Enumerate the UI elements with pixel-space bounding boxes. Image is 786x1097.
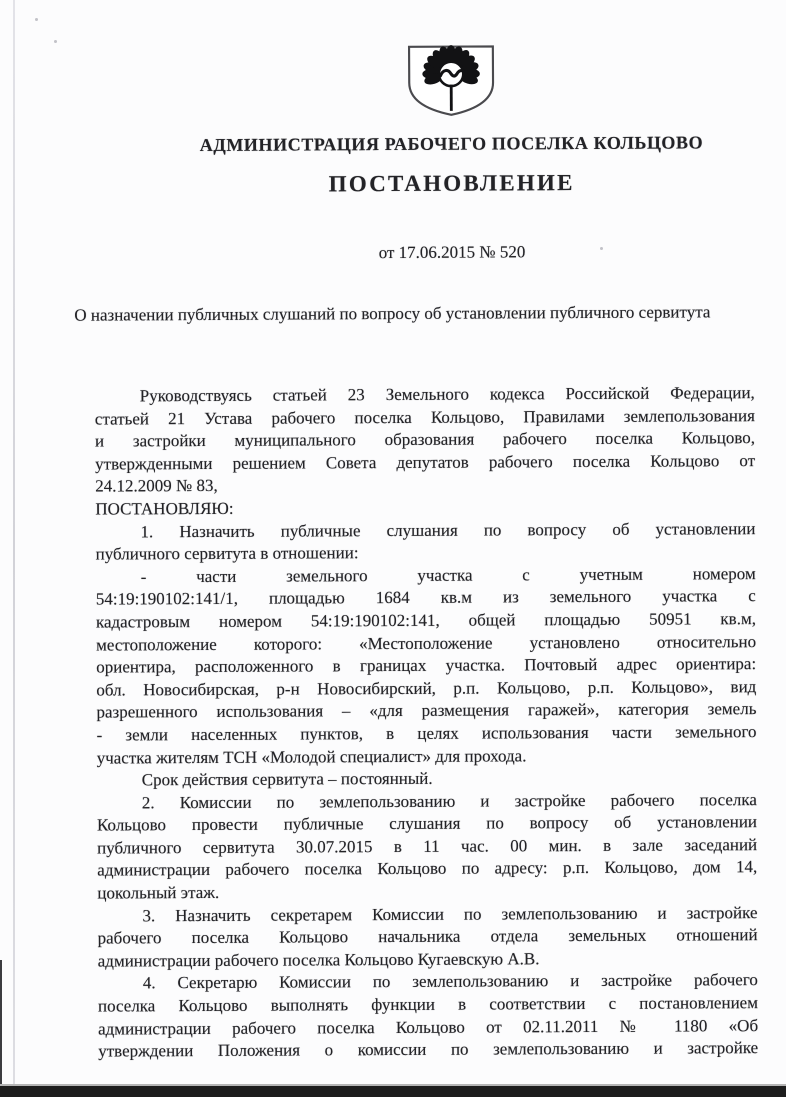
doc-line: утверждении Положения о комиссии по земл… bbox=[98, 1037, 758, 1063]
doc-line: утвержденными решением Совета депутатов … bbox=[95, 450, 755, 476]
doc-line: рабочего поселка Кольцово начальника отд… bbox=[98, 924, 758, 950]
scan-speck bbox=[35, 18, 38, 21]
scan-dark-edge bbox=[0, 960, 2, 1086]
doc-line: кадастровым номером 54:19:190102:141, об… bbox=[96, 608, 756, 634]
doc-line: поселка Кольцово выполнять функции в соо… bbox=[98, 992, 758, 1018]
scan-speck bbox=[54, 40, 57, 43]
doc-line: администрации рабочего поселка Кольцово … bbox=[97, 857, 757, 883]
scan-edge-line bbox=[13, 0, 15, 1086]
doc-line: 1. Назначить публичные слушания по вопро… bbox=[95, 518, 755, 544]
scanned-document-view: АДМИНИСТРАЦИЯ РАБОЧЕГО ПОСЕЛКА КОЛЬЦОВО … bbox=[0, 0, 786, 1097]
coat-of-arms-icon bbox=[402, 43, 500, 120]
scan-speck bbox=[600, 247, 603, 250]
doc-line: Руководствуясь статьей 23 Земельного код… bbox=[95, 382, 755, 408]
coat-of-arms bbox=[118, 42, 784, 126]
doc-subject: О назначении публичных слушаний по вопро… bbox=[39, 299, 745, 329]
doc-type-title: ПОСТАНОВЛЕНИЕ bbox=[119, 169, 785, 198]
org-name: АДМИНИСТРАЦИЯ РАБОЧЕГО ПОСЕЛКА КОЛЬЦОВО bbox=[118, 132, 784, 156]
document-page: АДМИНИСТРАЦИЯ РАБОЧЕГО ПОСЕЛКА КОЛЬЦОВО … bbox=[0, 0, 786, 1097]
doc-line: и застройки муниципального образования р… bbox=[95, 427, 755, 453]
doc-line: 54:19:190102:141/1, площадью 1684 кв.м и… bbox=[96, 585, 756, 611]
doc-date-number: от 17.06.2015 № 520 bbox=[119, 241, 785, 264]
doc-line: разрешенного использования – «для размещ… bbox=[96, 698, 756, 724]
doc-line: - земли населенных пунктов, в целях испо… bbox=[96, 721, 756, 747]
bottom-bar bbox=[0, 1084, 786, 1097]
doc-line: ориентира, расположенного в границах уча… bbox=[96, 653, 756, 679]
doc-body: Руководствуясь статьей 23 Земельного код… bbox=[95, 382, 759, 1063]
doc-line: Кольцово провести публичные слушания по … bbox=[97, 811, 757, 837]
